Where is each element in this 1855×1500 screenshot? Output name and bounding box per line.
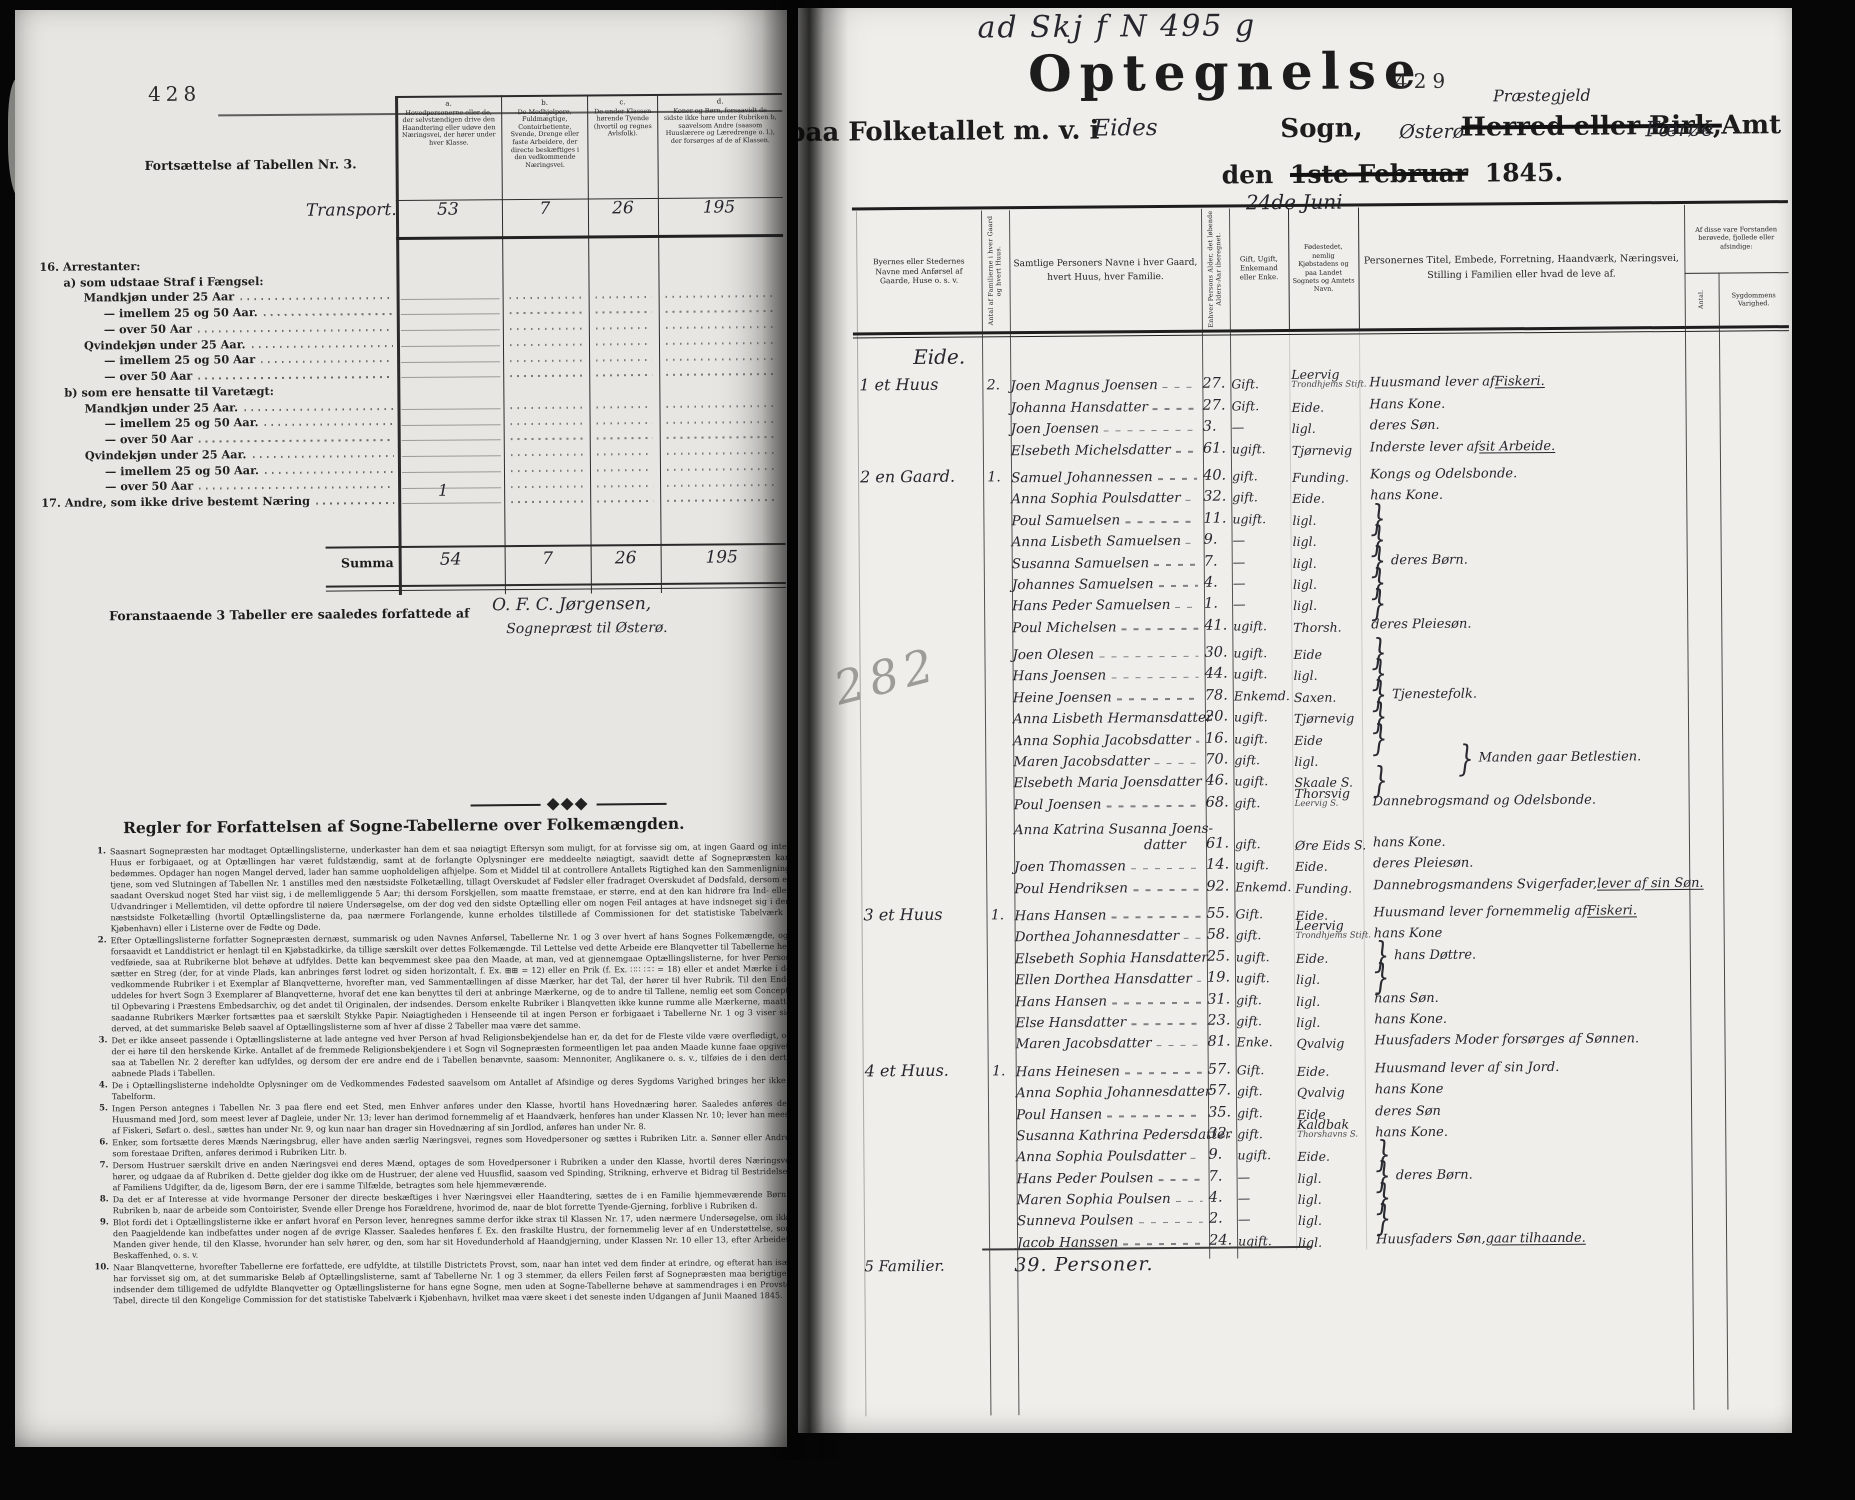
dash-leader xyxy=(1125,521,1197,523)
left-page: 428 Fortsættelse af Tabellen Nr. 3. a. H… xyxy=(15,10,787,1447)
value-dotted-line xyxy=(666,358,777,361)
census-age: 11. xyxy=(1203,510,1230,526)
census-occupation-underlined: gaar tilhaande. xyxy=(1486,1231,1586,1247)
census-status: — xyxy=(1233,575,1291,590)
row17-value: 1 xyxy=(438,481,448,500)
column-header-c: c. De under Klassen hørende Tyende (hvor… xyxy=(590,98,656,199)
dot-leader xyxy=(316,502,394,505)
census-birthplace: Eide. xyxy=(1295,861,1371,873)
census-age: 7. xyxy=(1209,1168,1236,1184)
dash-leader xyxy=(1107,1115,1202,1117)
dash-leader xyxy=(1131,867,1200,869)
census-person-name: Johanna Hansdatter xyxy=(1010,399,1200,416)
census-birthplace: Eide. xyxy=(1296,952,1372,964)
census-occupation-text: Tjenestefolk. xyxy=(1392,686,1477,702)
census-age: 32. xyxy=(1203,489,1230,505)
census-birthplace: Eide. xyxy=(1297,1151,1373,1163)
value-dotted-line xyxy=(596,343,652,345)
value-dotted-line xyxy=(596,406,652,408)
census-age: 32. xyxy=(1208,1125,1235,1141)
dash-leader xyxy=(1117,698,1199,700)
census-person-name: Susanna Samuelsen xyxy=(1012,554,1202,571)
value-row-line xyxy=(401,361,500,363)
person-name-text: Joen Magnus Joensen xyxy=(1010,377,1158,394)
census-person-name: Hans Peder Poulsen xyxy=(1017,1169,1207,1186)
person-name-text: Sunneva Poulsen xyxy=(1017,1213,1134,1230)
header-status: Gift, Ugift, Enkemand eller Enke. xyxy=(1230,208,1288,329)
dot-leader xyxy=(265,423,394,426)
rule-number: 7. xyxy=(88,1160,112,1193)
census-status: gift. xyxy=(1237,1105,1295,1120)
census-age: 55. xyxy=(1206,905,1233,921)
census-birthplace: ligl. xyxy=(1294,670,1370,682)
value-dotted-line xyxy=(511,422,583,425)
census-status: ugift. xyxy=(1235,857,1293,872)
value-dotted-line xyxy=(666,405,777,408)
dot-leader xyxy=(252,345,393,348)
census-birthplace: ligl. xyxy=(1296,1016,1372,1028)
person-name-text: Samuel Johannessen xyxy=(1011,469,1153,486)
census-age: 57. xyxy=(1208,1083,1235,1099)
transport-label: Transport. xyxy=(306,200,397,221)
value-dotted-line xyxy=(511,501,583,504)
census-occupation: Huusfaders Moder forsørges af Sønnen. xyxy=(1374,1032,1639,1049)
value-dotted-line xyxy=(596,296,652,298)
dash-leader xyxy=(1175,607,1198,609)
census-status: ugift. xyxy=(1234,731,1292,746)
census-occupation: deres Søn xyxy=(1375,1103,1441,1119)
census-person-name: Joen Olesen xyxy=(1012,646,1202,663)
dash-leader xyxy=(1196,741,1199,743)
census-occupation-text: Huusmand lever fornemmelig af xyxy=(1373,904,1587,921)
census-status: — xyxy=(1238,1211,1296,1226)
census-birthplace: Thorsh. xyxy=(1293,621,1369,633)
value-dotted-line xyxy=(597,500,653,502)
rule-number: 3. xyxy=(87,1035,111,1079)
subtitle-sogn: Sogn, xyxy=(1280,113,1362,144)
census-person-name: Else Hansdatter xyxy=(1015,1014,1205,1031)
census-occupation-underlined: lever af sin Søn. xyxy=(1597,875,1704,891)
value-dotted-line xyxy=(597,437,653,439)
divider-ornament xyxy=(471,798,671,812)
summa-value: 26 xyxy=(615,548,637,568)
dash-leader xyxy=(1158,1179,1202,1181)
census-occupation: } xyxy=(1372,731,1392,745)
census-birthplace: Qvalvig xyxy=(1297,1087,1373,1099)
left-row-label: 17. Andre, som ikke drive bestemt Næring xyxy=(41,495,310,510)
rule-number: 5. xyxy=(88,1103,112,1136)
value-dotted-line xyxy=(597,422,653,424)
census-birthplace: ligl. xyxy=(1298,1193,1374,1205)
census-status: gift. xyxy=(1236,1013,1294,1028)
value-dotted-line xyxy=(666,326,777,329)
census-status: ugift. xyxy=(1233,618,1291,633)
signature-line-1: O. F. C. Jørgensen, xyxy=(492,594,651,615)
value-row-line xyxy=(402,424,501,426)
value-dotted-line xyxy=(596,374,652,376)
rule-text: Efter Optællingslisterne forfatter Sogne… xyxy=(111,930,787,1034)
header-names: Samtlige Personers Navne i hver Gaard, h… xyxy=(1010,209,1201,331)
census-person-name: Hans Hansen xyxy=(1014,907,1204,924)
value-dotted-line xyxy=(510,375,582,378)
census-place: 4 et Huus. xyxy=(865,1060,983,1080)
census-row: Anna Katrina Susanna Joens-datter61.gift… xyxy=(861,808,1792,856)
census-status: Gift. xyxy=(1231,376,1289,391)
value-dotted-line xyxy=(597,485,653,487)
census-occupation-text: Kongs og Odelsbonde. xyxy=(1370,466,1517,482)
left-row-label: — over 50 Aar xyxy=(41,480,193,494)
transport-value: 7 xyxy=(539,199,550,219)
census-family-count: 1. xyxy=(983,907,1011,923)
census-age: 25. xyxy=(1207,948,1234,964)
census-occupation: hans Kone xyxy=(1375,1082,1444,1098)
header-insane: Af disse vare Forstanden berøvede, fjoll… xyxy=(1685,204,1788,272)
census-person-name: Heine Joensen xyxy=(1013,689,1203,706)
dash-leader xyxy=(1176,451,1197,453)
praestegjeld-handwritten: Præstegjeld xyxy=(1493,86,1591,106)
value-row-line xyxy=(401,313,500,315)
census-person-name: Hans Hansen xyxy=(1015,992,1205,1009)
dot-leader xyxy=(240,297,392,300)
census-occupation-text: deres Pleiesøn. xyxy=(1373,856,1473,872)
dot-leader xyxy=(198,329,393,333)
group-bracket: } xyxy=(1374,967,1389,988)
left-table-row: 17. Andre, som ikke drive bestemt Næring xyxy=(41,491,398,510)
census-age: 92. xyxy=(1206,878,1233,894)
dash-leader xyxy=(1159,585,1198,587)
rule-item: 9.Blot fordi det i Optællingslisterne ik… xyxy=(89,1212,787,1262)
census-birthplace: ligl. xyxy=(1298,1215,1374,1227)
value-dotted-line xyxy=(511,438,583,441)
census-person-name: Poul Joensen xyxy=(1014,796,1204,813)
header-birthplace: Fødestedet, nemlig Kjøbstadens og paa La… xyxy=(1289,207,1358,329)
census-occupation-text: Manden gaar Betlestien. xyxy=(1479,749,1642,765)
dash-leader xyxy=(1163,387,1197,389)
census-age: 31. xyxy=(1207,991,1234,1007)
person-name-text: Poul Joensen xyxy=(1014,796,1102,813)
census-occupation-text: deres Pleiesøn. xyxy=(1371,616,1471,632)
census-birthplace: ligl. xyxy=(1292,514,1368,526)
census-status: ugift. xyxy=(1236,949,1294,964)
person-name-text: Johanna Hansdatter xyxy=(1010,399,1148,416)
census-person-name: Hans Peder Samuelsen xyxy=(1012,597,1202,614)
census-occupation-underlined: sit Arbeide. xyxy=(1479,439,1555,455)
census-family-count: 1. xyxy=(980,469,1008,485)
census-person-name: Poul Hendriksen xyxy=(1014,879,1204,896)
dot-leader xyxy=(261,360,393,363)
census-age: 70. xyxy=(1205,752,1232,768)
census-status: Gift. xyxy=(1231,398,1289,413)
census-occupation: deres Pleiesøn. xyxy=(1371,616,1471,632)
district-handwritten: Østerø xyxy=(1399,121,1464,144)
census-status: ugift. xyxy=(1234,773,1292,788)
census-person-name: Maren Jacobsdatter xyxy=(1015,1035,1205,1052)
census-occupation: deres Søn. xyxy=(1370,418,1440,434)
census-occupation-text: Huusmand lever af xyxy=(1369,375,1495,391)
census-status: ugift. xyxy=(1234,709,1292,724)
census-occupation: Hans Kone. xyxy=(1369,397,1445,413)
date-den: den xyxy=(1222,160,1274,189)
dash-leader xyxy=(1099,655,1198,657)
census-birthplace: ligl. xyxy=(1293,557,1369,569)
summary-persons: 39. Personer. xyxy=(1014,1253,1153,1276)
attestation-text: Foranstaaende 3 Tabeller ere saaledes fo… xyxy=(109,605,470,623)
census-occupation: } xyxy=(1371,597,1391,611)
census-age: 58. xyxy=(1207,927,1234,943)
census-person-name: Samuel Johannessen xyxy=(1011,469,1201,486)
dash-leader xyxy=(1131,1023,1201,1025)
value-dotted-line xyxy=(666,310,777,313)
value-dotted-line xyxy=(597,469,653,471)
dot-leader xyxy=(198,376,393,380)
rule-text: Blot fordi det i Optællingslisterne ikke… xyxy=(113,1212,787,1261)
census-occupation-text: hans Døttre. xyxy=(1394,947,1476,963)
rule-item: 7.Dersom Hustruer særskilt drive en ande… xyxy=(88,1155,787,1194)
summa-value: 54 xyxy=(440,550,462,570)
left-row-label: — over 50 Aar xyxy=(40,370,192,384)
value-row-line xyxy=(401,329,500,331)
dash-leader xyxy=(1111,916,1200,918)
census-status: — xyxy=(1233,596,1291,611)
census-person-name: Poul Michelsen xyxy=(1012,618,1202,635)
census-age: 19. xyxy=(1207,970,1234,986)
left-row-label: — over 50 Aar xyxy=(41,433,193,447)
census-age: 61. xyxy=(1206,835,1233,851)
person-name-text: Hans Hansen xyxy=(1015,993,1107,1010)
census-occupation: }Manden gaar Betlestien. xyxy=(1372,749,1641,766)
dot-leader xyxy=(199,486,394,490)
census-occupation: hans Kone. xyxy=(1374,1012,1447,1028)
census-age: 61. xyxy=(1203,440,1230,456)
census-person-name: Poul Hansen xyxy=(1016,1105,1206,1122)
census-age: 2. xyxy=(1209,1211,1236,1227)
census-occupation-text: deres Børn. xyxy=(1391,552,1468,568)
dot-leader xyxy=(199,439,394,443)
census-status: — xyxy=(1232,419,1290,434)
census-birthplace: LeervigTrondhjems Stift. xyxy=(1296,920,1372,943)
rule-number: 8. xyxy=(89,1194,113,1216)
census-age: 3. xyxy=(1203,419,1230,435)
dot-leader xyxy=(265,471,394,474)
value-row-line xyxy=(402,471,501,473)
census-person-name: Anna Sophia Poulsdatter xyxy=(1011,490,1201,507)
census-status: Enkemd. xyxy=(1235,879,1293,894)
census-age: 40. xyxy=(1203,467,1230,483)
census-status: gift. xyxy=(1237,1083,1295,1098)
census-birthplace: Eide xyxy=(1294,734,1370,746)
column-header-a: a. Hovedpersonerne eller de, der selvstæ… xyxy=(398,99,500,200)
census-family-count: 2. xyxy=(979,378,1007,394)
census-birthplace: ligl. xyxy=(1293,536,1369,548)
census-status: ugift. xyxy=(1232,511,1290,526)
header-occupation: Personernes Titel, Embede, Forretning, H… xyxy=(1359,205,1684,329)
value-dotted-line xyxy=(510,296,582,299)
rule-text: Dersom Hustruer særskilt drive en anden … xyxy=(112,1155,787,1193)
dash-leader xyxy=(1111,677,1198,679)
census-occupation: Huusmand lever af Fiskeri. xyxy=(1369,374,1545,390)
date-line: den 1ste Februar 1845. xyxy=(1222,158,1564,190)
person-name-text: Elsebeth Michelsdatter xyxy=(1011,442,1171,459)
value-dotted-line xyxy=(511,485,583,488)
census-status: — xyxy=(1233,532,1291,547)
census-age: 35. xyxy=(1208,1104,1235,1120)
date-year: 1845. xyxy=(1485,158,1564,188)
census-age: 4. xyxy=(1209,1190,1236,1206)
transport-values: 53726195 xyxy=(15,10,781,13)
transport-value: 53 xyxy=(437,200,459,220)
left-row-label: 16. Arrestanter: xyxy=(39,260,140,274)
census-person-name: Susanna Kathrina Pedersdatter xyxy=(1016,1127,1206,1144)
person-name-text: Hans Joensen xyxy=(1013,668,1107,685)
rule-text: Naar Blanqvetterne, hvorefter Tabellerne… xyxy=(113,1257,787,1306)
census-birthplace: Eide. xyxy=(1297,1065,1373,1077)
value-row-line xyxy=(402,455,501,457)
census-birthplace: Eide. xyxy=(1292,493,1368,505)
census-birthplace: Saxen. xyxy=(1294,691,1370,703)
person-name-text: Poul Michelsen xyxy=(1012,619,1116,636)
census-birthplace: Tjørnevig xyxy=(1294,713,1370,725)
census-person-name: Joen Thomassen xyxy=(1014,858,1204,875)
value-dotted-line xyxy=(597,453,653,455)
census-birthplace: Øre Eids S. xyxy=(1295,839,1371,851)
column-header-text: Koner og Børn, forsaavidt de sidste ikke… xyxy=(664,106,777,145)
rule-text: Det er ikke anseet passende i Optællings… xyxy=(111,1030,787,1079)
census-age: 44. xyxy=(1205,666,1232,682)
left-row-label: — over 50 Aar xyxy=(40,322,192,336)
group-bracket: } xyxy=(1376,1208,1391,1229)
census-status: gift. xyxy=(1232,489,1290,504)
dash-leader xyxy=(1154,564,1198,566)
value-dotted-line xyxy=(596,311,652,313)
value-dotted-line xyxy=(511,454,583,457)
column-header-text: Hovedpersonerne eller de, der selvstændi… xyxy=(402,108,496,147)
summa-value: 195 xyxy=(705,547,738,567)
group-bracket: } xyxy=(1372,727,1387,748)
column-header-text: De under Klassen hørende Tyende (hvortil… xyxy=(594,107,652,138)
census-rows: 1 et Huus2.Joen Magnus Joensen27.Gift.Le… xyxy=(857,368,1792,1253)
census-status: Enkemd. xyxy=(1234,688,1292,703)
census-age: 41. xyxy=(1204,617,1231,633)
census-birthplace: Eide. xyxy=(1291,401,1367,413)
census-age: 23. xyxy=(1207,1012,1234,1028)
census-age: 4. xyxy=(1204,574,1231,590)
census-age: 78. xyxy=(1205,687,1232,703)
census-person-name: Hans Joensen xyxy=(1013,667,1203,684)
census-age: 9. xyxy=(1208,1147,1235,1163)
person-name-text: Poul Samuelsen xyxy=(1011,512,1120,529)
person-name-text: Anna Sophia Poulsdatter xyxy=(1016,1148,1186,1165)
census-birthplace: ligl. xyxy=(1298,1172,1374,1184)
header-family-count: Antal af Familierne i hver Gaard og hver… xyxy=(982,210,1009,331)
census-place: 3 et Huus xyxy=(863,904,981,924)
person-name-text: Ellen Dorthea Hansdatter xyxy=(1015,971,1192,988)
census-occupation-text: Dannebrogsmand og Odelsbonde. xyxy=(1373,792,1596,809)
census-person-name: Elsebeth Maria Joensdatter xyxy=(1013,774,1203,791)
header-insane-count: Antal. xyxy=(1686,274,1718,326)
rule-item: 2.Efter Optællingslisterne forfatter Sog… xyxy=(87,930,787,1035)
census-occupation: hans Kone. xyxy=(1373,835,1446,851)
person-name-text: Poul Hansen xyxy=(1016,1106,1102,1123)
scanned-census-spread: 428 Fortsættelse af Tabellen Nr. 3. a. H… xyxy=(0,0,1855,1500)
rule-number: 10. xyxy=(89,1262,113,1306)
census-age: 46. xyxy=(1205,773,1232,789)
rule-number: 6. xyxy=(88,1137,112,1159)
census-age: 27. xyxy=(1202,397,1229,413)
census-status: — xyxy=(1238,1190,1296,1205)
census-birthplace: Funding. xyxy=(1295,882,1371,894)
rule-number: 1. xyxy=(86,846,111,934)
census-status: Gift. xyxy=(1235,906,1293,921)
census-birthplace: ligl. xyxy=(1293,578,1369,590)
person-name-text-2: datter xyxy=(1014,837,1204,854)
rule-number: 4. xyxy=(88,1080,112,1102)
person-name-text: Joen Olesen xyxy=(1012,647,1094,664)
header-age-text: Enhver Persons Alder, det løbende Alders… xyxy=(1207,211,1224,328)
census-person-name: Maren Sophia Poulsen xyxy=(1017,1191,1207,1208)
summa-value: 7 xyxy=(542,549,553,569)
person-name-text: Joen Thomassen xyxy=(1014,859,1126,876)
census-occupation-text: hans Kone. xyxy=(1374,1012,1447,1028)
dash-leader xyxy=(1197,980,1201,982)
dash-leader xyxy=(1133,889,1200,891)
census-status: gift. xyxy=(1236,927,1294,942)
dash-leader xyxy=(1157,1045,1202,1047)
header-places: Byernes eller Stedernes Navne med Anførs… xyxy=(857,210,981,332)
census-person-name: Johannes Samuelsen xyxy=(1012,576,1202,593)
left-table-rows: 16. Arrestanter:a) som udstaae Straf i F… xyxy=(15,10,781,13)
person-name-text: Hans Peder Samuelsen xyxy=(1012,597,1170,614)
census-occupation-text: Hans Kone. xyxy=(1369,397,1445,413)
amt-handwritten: Færøe xyxy=(1645,117,1713,142)
census-person-name: Maren Jacobsdatter xyxy=(1013,753,1203,770)
dash-leader xyxy=(1184,938,1201,940)
census-age: 81. xyxy=(1207,1034,1234,1050)
census-status: — xyxy=(1233,554,1291,569)
rule-item: 1.Saasnart Sognepræsten har modtaget Opt… xyxy=(86,841,787,935)
census-status: ugift. xyxy=(1233,645,1291,660)
census-status: ugift. xyxy=(1236,970,1294,985)
person-name-text: Joen Joensen xyxy=(1011,421,1099,438)
census-occupation-text: deres Børn. xyxy=(1396,1167,1473,1183)
group-bracket: } xyxy=(1371,593,1386,614)
value-row-line xyxy=(402,439,501,441)
census-person-name: Anna Sophia Jacobsdatter xyxy=(1013,731,1203,748)
dot-leader xyxy=(252,455,393,458)
person-name-text: Elsebeth Sophia Hansdatter xyxy=(1015,949,1208,967)
census-status: Gift. xyxy=(1237,1062,1295,1077)
value-dotted-line xyxy=(666,373,777,376)
census-person-name: Anna Sophia Poulsdatter xyxy=(1016,1148,1206,1165)
census-occupation: deres Pleiesøn. xyxy=(1373,856,1473,872)
dash-leader xyxy=(1153,408,1197,410)
rules-list: 1.Saasnart Sognepræsten har modtaget Opt… xyxy=(86,841,787,1308)
parish-handwritten: Eides xyxy=(1093,115,1157,142)
census-place: 1 et Huus xyxy=(859,375,977,395)
census-occupation-text: Huusfaders Moder forsørges af Sønnen. xyxy=(1374,1032,1639,1049)
header-family-count-text: Antal af Familierne i hver Gaard og hver… xyxy=(987,212,1004,329)
census-occupation: Dannebrogsmandens Svigerfader, lever af … xyxy=(1373,875,1703,893)
census-birthplace: Tjørnevig xyxy=(1292,444,1368,456)
person-name-text: Susanna Samuelsen xyxy=(1012,555,1149,572)
census-birthplace-note: Thorshavns S. xyxy=(1297,1129,1373,1141)
right-page-number: 429 xyxy=(1395,69,1451,93)
census-status: gift. xyxy=(1236,992,1294,1007)
census-status: — xyxy=(1238,1169,1296,1184)
census-person-name: Joen Joensen xyxy=(1011,420,1201,437)
rule-text: Saasnart Sognepræsten har modtaget Optæl… xyxy=(110,841,787,934)
census-person-name: Anna Lisbeth Hermansdatter xyxy=(1013,710,1203,727)
struck-date: 1ste Februar xyxy=(1290,159,1468,189)
